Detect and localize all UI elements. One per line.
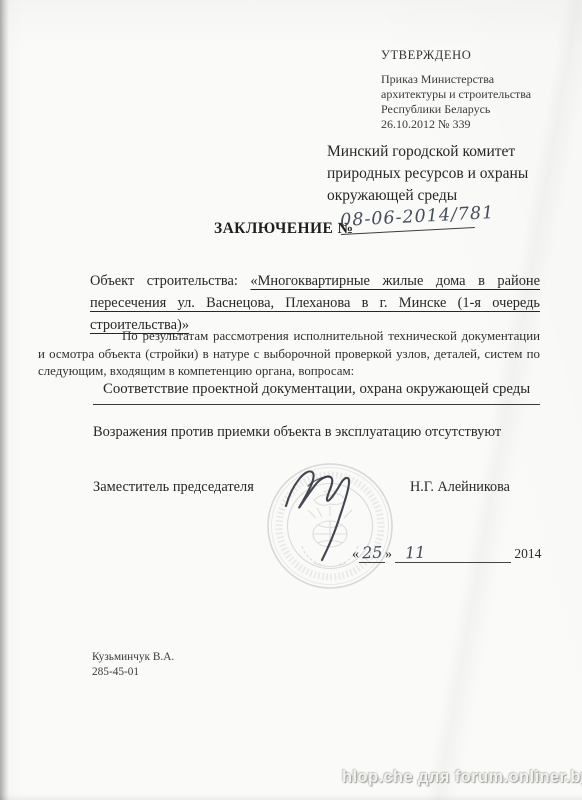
- committee-name-block: Минский городской комитет природных ресу…: [327, 141, 563, 207]
- signatory-name: Н.Г. Алейникова: [410, 479, 510, 496]
- executor-name: Кузьминчук В.А.: [92, 650, 174, 665]
- approval-line: архитектуры и строительства: [381, 87, 571, 102]
- executor-block: Кузьминчук В.А. 285-45-01: [92, 650, 174, 679]
- executor-phone: 285-45-01: [92, 665, 174, 680]
- conclusion-statement: Возражения против приемки объекта в эксп…: [93, 424, 563, 441]
- date-month-handwritten: 11: [405, 543, 426, 563]
- document-title: ЗАКЛЮЧЕНИЕ №: [214, 220, 353, 238]
- date-day-handwritten: 25: [361, 543, 382, 563]
- approval-block: УТВЕРЖДЕНО Приказ Министерства архитекту…: [381, 48, 571, 132]
- committee-line: окружающей среды: [327, 185, 563, 207]
- scanned-document-page: УТВЕРЖДЕНО Приказ Министерства архитекту…: [0, 0, 582, 800]
- date-line: «25» 112014: [352, 543, 541, 563]
- body-paragraph: По результатам рассмотрения исполнительн…: [38, 328, 540, 381]
- date-month-blank: 11: [395, 543, 511, 563]
- committee-line: природных ресурсов и охраны: [327, 163, 563, 185]
- forum-watermark: hlop.che для forum.onliner.by: [342, 768, 582, 787]
- construction-object-paragraph: Объект строительства: «Многоквартирные ж…: [90, 270, 540, 336]
- approval-title: УТВЕРЖДЕНО: [381, 48, 571, 63]
- scan-edge-left: [0, 0, 9, 800]
- construction-object-label: Объект строительства:: [90, 273, 238, 289]
- date-close-quote: »: [385, 547, 392, 562]
- scan-edge-bottom: [0, 794, 582, 800]
- approval-line: Приказ Министерства: [381, 72, 571, 87]
- signatory-position: Заместитель председателя: [93, 479, 254, 496]
- approval-line: Республики Беларусь: [381, 102, 571, 117]
- document-number-handwritten: 08-06-2014/781: [340, 204, 475, 235]
- committee-line: Минский городской комитет: [327, 141, 563, 163]
- approval-line: 26.10.2012 № 339: [381, 117, 571, 132]
- date-year: 2014: [514, 546, 541, 561]
- scope-line: Соответствие проектной документации, охр…: [93, 381, 540, 405]
- handwritten-signature-icon: [272, 452, 364, 564]
